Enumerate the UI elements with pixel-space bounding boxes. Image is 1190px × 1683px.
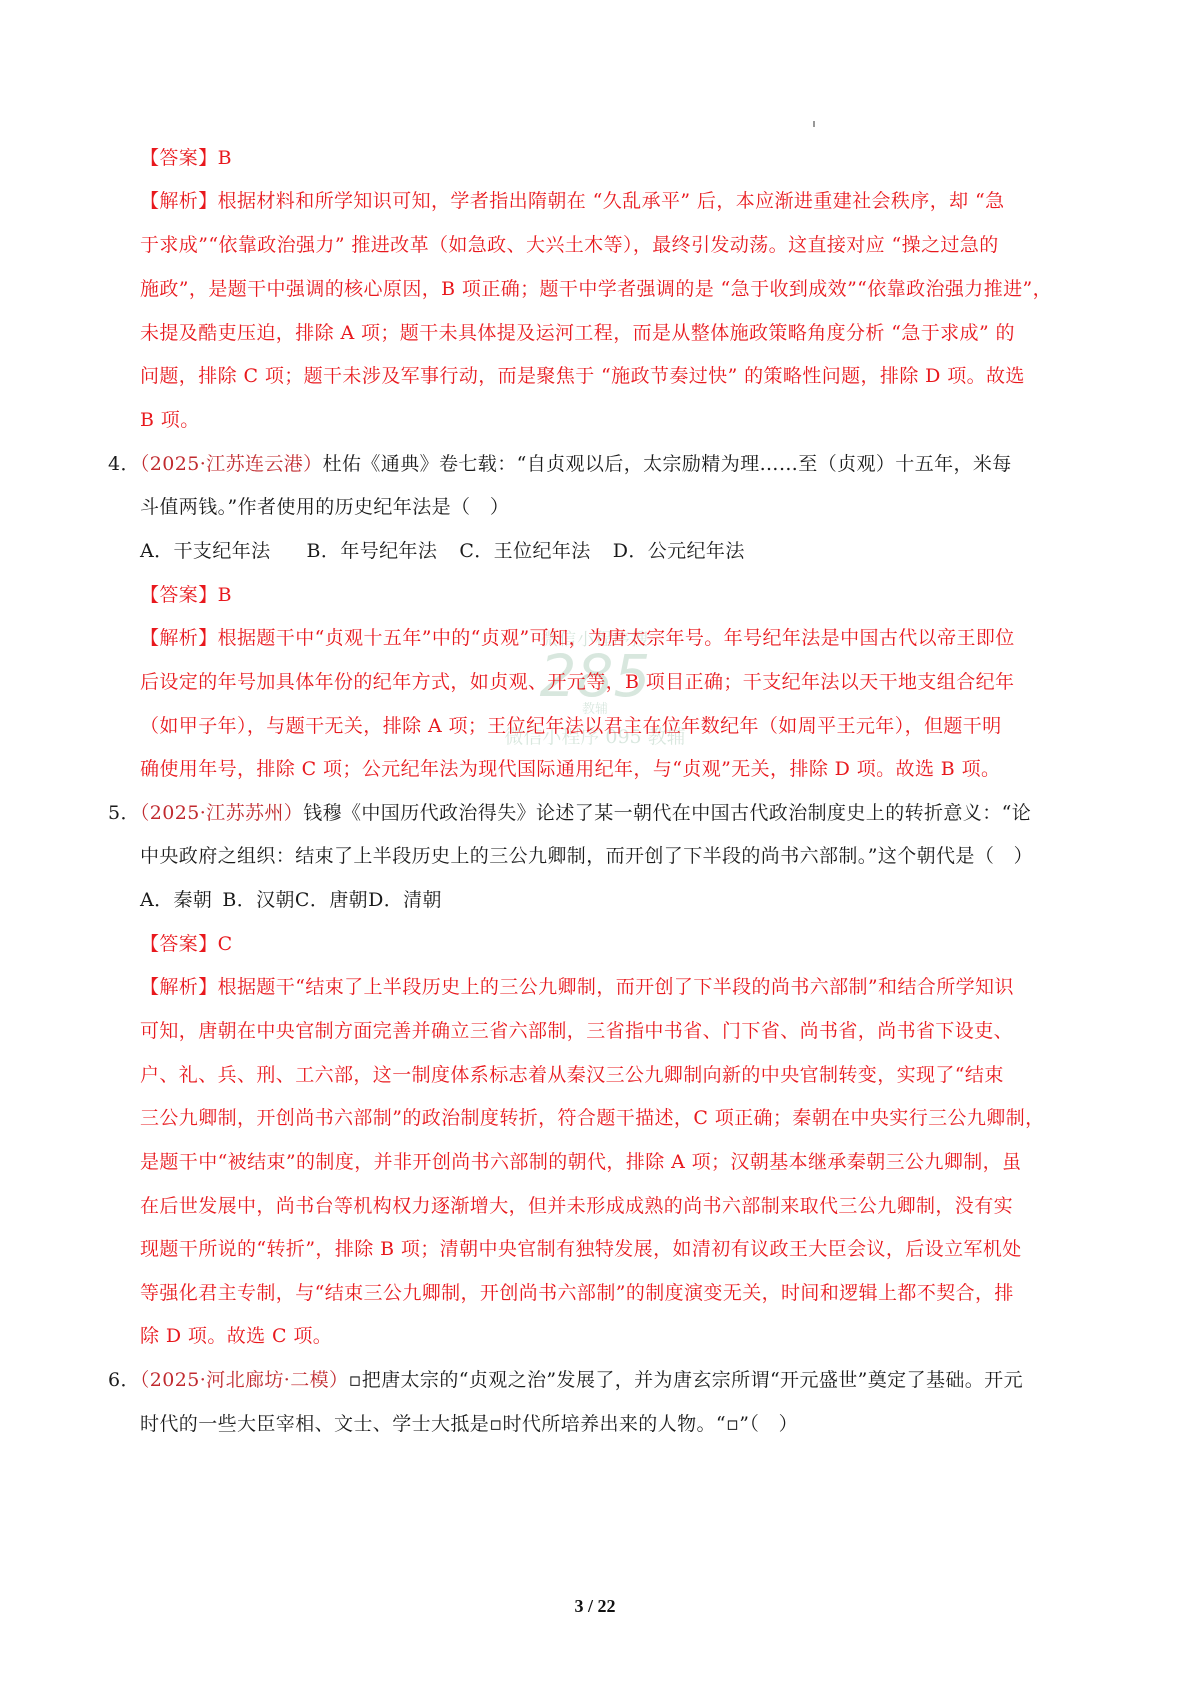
page-number: 3 / 22	[0, 1596, 1190, 1617]
q4-analysis-line-3: （如甲子年），与题干无关，排除 A 项；王位纪年法以君主在位年数纪年（如周平王元…	[140, 713, 1090, 739]
q5-options: A．秦朝B．汉朝C．唐朝D．清朝	[140, 887, 1090, 913]
analysis-text: 根据题干中“贞观十五年”中的“贞观”可知，为唐太宗年号。年号纪年法是中国古代以帝…	[218, 627, 1015, 649]
option-d: D．公元纪年法	[613, 540, 745, 562]
option-b: B．年号纪年法	[307, 540, 438, 562]
scan-mark	[813, 121, 815, 127]
option-b: B．汉朝	[222, 889, 295, 911]
q3-answer: 【答案】B	[140, 145, 1090, 171]
answer-value: B	[218, 147, 232, 169]
q4-stem-line-2: 斗值两钱。”作者使用的历史纪年法是（ ）	[140, 494, 1090, 520]
q5-analysis-line-8: 等强化君主专制，与“结束三公九卿制，开创尚书六部制”的制度演变无关，时间和逻辑上…	[140, 1280, 1090, 1306]
q5-answer: 【答案】C	[140, 931, 1090, 957]
q5-analysis-line-5: 是题干中“被结束”的制度，并非开创尚书六部制的朝代，排除 A 项；汉朝基本继承秦…	[140, 1149, 1090, 1175]
q5-analysis-line-9: 除 D 项。故选 C 项。	[140, 1323, 1090, 1349]
q6-stem-line-1: 6．（2025·河北廊坊·二模）▫把唐太宗的“贞观之治”发展了，并为唐玄宗所谓“…	[108, 1367, 1058, 1393]
document-page: 微信小程序搜 285 教辅 微信小程序 095 教辅 【答案】B 【解析】根据材…	[0, 0, 1190, 1683]
q4-analysis-line-1: 【解析】根据题干中“贞观十五年”中的“贞观”可知，为唐太宗年号。年号纪年法是中国…	[140, 625, 1090, 651]
analysis-label: 【解析】	[140, 627, 218, 649]
q5-analysis-line-4: 三公九卿制，开创尚书六部制”的政治制度转折，符合题干描述，C 项正确；秦朝在中央…	[140, 1105, 1090, 1131]
q4-answer: 【答案】B	[140, 582, 1090, 608]
answer-value: B	[218, 584, 232, 606]
question-number: 5．	[108, 802, 140, 824]
q3-analysis-line-5: 问题，排除 C 项；题干未涉及军事行动，而是聚焦于 “施政节奏过快” 的策略性问…	[140, 363, 1090, 389]
option-c: C．唐朝	[295, 889, 368, 911]
q4-stem-line-1: 4．（2025·江苏连云港）杜佑《通典》卷七载：“自贞观以后，太宗励精为理……至…	[108, 451, 1058, 477]
question-stem: 杜佑《通典》卷七载：“自贞观以后，太宗励精为理……至（贞观）十五年，米每	[323, 453, 1012, 475]
q3-analysis-line-1: 【解析】根据材料和所学知识可知，学者指出隋朝在 “久乱承平” 后，本应渐进重建社…	[140, 188, 1090, 214]
q4-analysis-line-2: 后设定的年号加具体年份的纪年方式，如贞观、开元等，B 项目正确；干支纪年法以天干…	[140, 669, 1090, 695]
analysis-label: 【解析】	[140, 190, 218, 212]
answer-value: C	[218, 933, 233, 955]
question-stem: ▫把唐太宗的“贞观之治”发展了，并为唐玄宗所谓“开元盛世”奠定了基础。开元	[348, 1369, 1023, 1391]
q6-stem-line-2: 时代的一些大臣宰相、文士、学士大抵是▫时代所培养出来的人物。“▫”（ ）	[140, 1411, 1090, 1437]
q5-analysis-line-3: 户、礼、兵、刑、工六部，这一制度体系标志着从秦汉三公九卿制向新的中央官制转变，实…	[140, 1062, 1090, 1088]
q5-analysis-line-1: 【解析】根据题干“结束了上半段历史上的三公九卿制，而开创了下半段的尚书六部制”和…	[140, 974, 1090, 1000]
answer-label: 【答案】	[140, 584, 218, 606]
q3-analysis-line-6: B 项。	[140, 407, 1090, 433]
option-d: D．清朝	[368, 889, 442, 911]
question-stem: 钱穆《中国历代政治得失》论述了某一朝代在中国古代政治制度史上的转折意义：“论	[303, 802, 1031, 824]
answer-label: 【答案】	[140, 147, 218, 169]
q3-analysis-line-3: 施政”，是题干中强调的核心原因，B 项正确；题干中学者强调的是 “急于收到成效”…	[140, 276, 1090, 302]
question-source: （2025·江苏连云港）	[140, 453, 323, 475]
q4-analysis-line-4: 确使用年号，排除 C 项；公元纪年法为现代国际通用纪年，与“贞观”无关，排除 D…	[140, 756, 1090, 782]
q5-analysis-line-7: 现题干所说的“转折”，排除 B 项；清朝中央官制有独特发展，如清初有议政王大臣会…	[140, 1236, 1090, 1262]
answer-label: 【答案】	[140, 933, 218, 955]
question-source: （2025·江苏苏州）	[140, 802, 303, 824]
q4-options: A．干支纪年法B．年号纪年法C．王位纪年法D．公元纪年法	[140, 538, 1090, 564]
option-a: A．干支纪年法	[140, 540, 271, 562]
analysis-text: 根据材料和所学知识可知，学者指出隋朝在 “久乱承平” 后，本应渐进重建社会秩序，…	[218, 190, 1005, 212]
question-number: 6．	[108, 1369, 140, 1391]
q5-stem-line-2: 中央政府之组织：结束了上半段历史上的三公九卿制，而开创了下半段的尚书六部制。”这…	[140, 843, 1090, 869]
analysis-label: 【解析】	[140, 976, 218, 998]
question-number: 4．	[108, 453, 140, 475]
q5-analysis-line-6: 在后世发展中，尚书台等机构权力逐渐增大，但并未形成成熟的尚书六部制来取代三公九卿…	[140, 1193, 1090, 1219]
option-c: C．王位纪年法	[459, 540, 590, 562]
question-source: （2025·河北廊坊·二模）	[140, 1369, 349, 1391]
q5-stem-line-1: 5．（2025·江苏苏州）钱穆《中国历代政治得失》论述了某一朝代在中国古代政治制…	[108, 800, 1058, 826]
q3-analysis-line-2: 于求成”“依靠政治强力” 推进改革（如急政、大兴土木等），最终引发动荡。这直接对…	[140, 232, 1090, 258]
option-a: A．秦朝	[140, 889, 212, 911]
q5-analysis-line-2: 可知，唐朝在中央官制方面完善并确立三省六部制，三省指中书省、门下省、尚书省，尚书…	[140, 1018, 1090, 1044]
q3-analysis-line-4: 未提及酷吏压迫，排除 A 项；题干未具体提及运河工程，而是从整体施政策略角度分析…	[140, 320, 1090, 346]
analysis-text: 根据题干“结束了上半段历史上的三公九卿制，而开创了下半段的尚书六部制”和结合所学…	[218, 976, 1014, 998]
